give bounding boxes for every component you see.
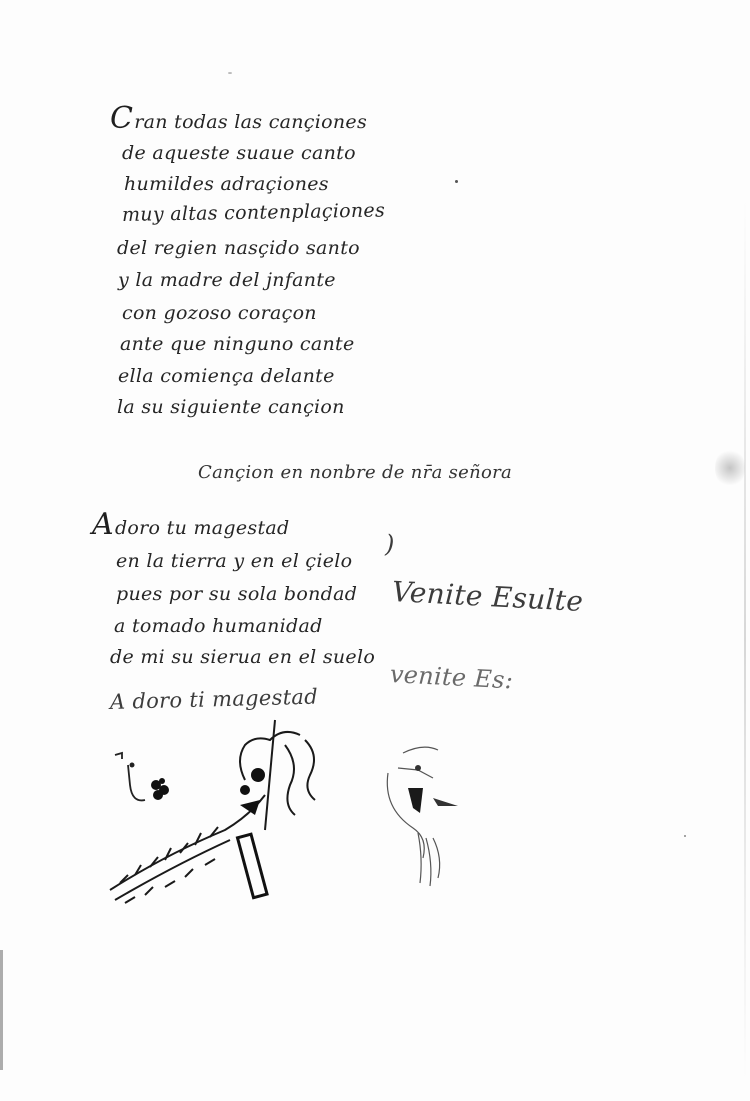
prologue-line-4: muy altas contenplaçiones [122,199,385,226]
song-line-5: de mi su sierua en el suelo [110,646,375,668]
prologue-line-7: con gozoso coraçon [122,302,317,324]
prologue-line-2: de aqueste suaue canto [122,142,356,164]
bird-sketch-icon [378,738,468,888]
pen-trial-venite-1: Venite Esulte [391,575,584,618]
margin-bracket: ) [385,530,395,558]
prologue-text: ran todas las cançiones [134,111,367,133]
binding-edge [0,950,3,1070]
ink-speck [684,835,686,837]
song-rubric: Cançion en nonbre de nr̄a señora [198,462,512,483]
manuscript-page: Cran todas las cançiones de aqueste suau… [0,0,750,1101]
prologue-line-9: ella comiença delante [118,365,335,387]
prologue-line-1: Cran todas las cançiones [110,104,367,134]
prologue-line-10: la su siguiente cançion [117,396,345,418]
pen-trial-repeat: A doro ti magestad [110,685,319,714]
prologue-line-3: humildes adraçiones [124,173,329,195]
prologue-line-5: del regien nasçido santo [117,237,360,259]
prologue-line-6: y la madre del jnfante [118,269,336,291]
ink-smudge [715,448,745,488]
ink-speck [228,72,232,74]
prologue-line-8: ante que ninguno cante [120,333,355,355]
pen-trial-venite-2: venite Es: [389,660,514,694]
song-line-4: a tomado humanidad [114,615,323,637]
page-edge-shadow [744,200,746,1080]
prologue-initial: C [110,104,133,134]
song-line-1: Adoro tu magestad [92,510,289,540]
ink-speck [455,180,458,183]
song-line-2: en la tierra y en el çielo [116,550,352,572]
song-text: doro tu magestad [115,517,290,539]
song-initial: A [92,510,114,540]
foliage-sketch-icon [105,715,345,915]
song-line-3: pues por su sola bondad [116,583,357,605]
